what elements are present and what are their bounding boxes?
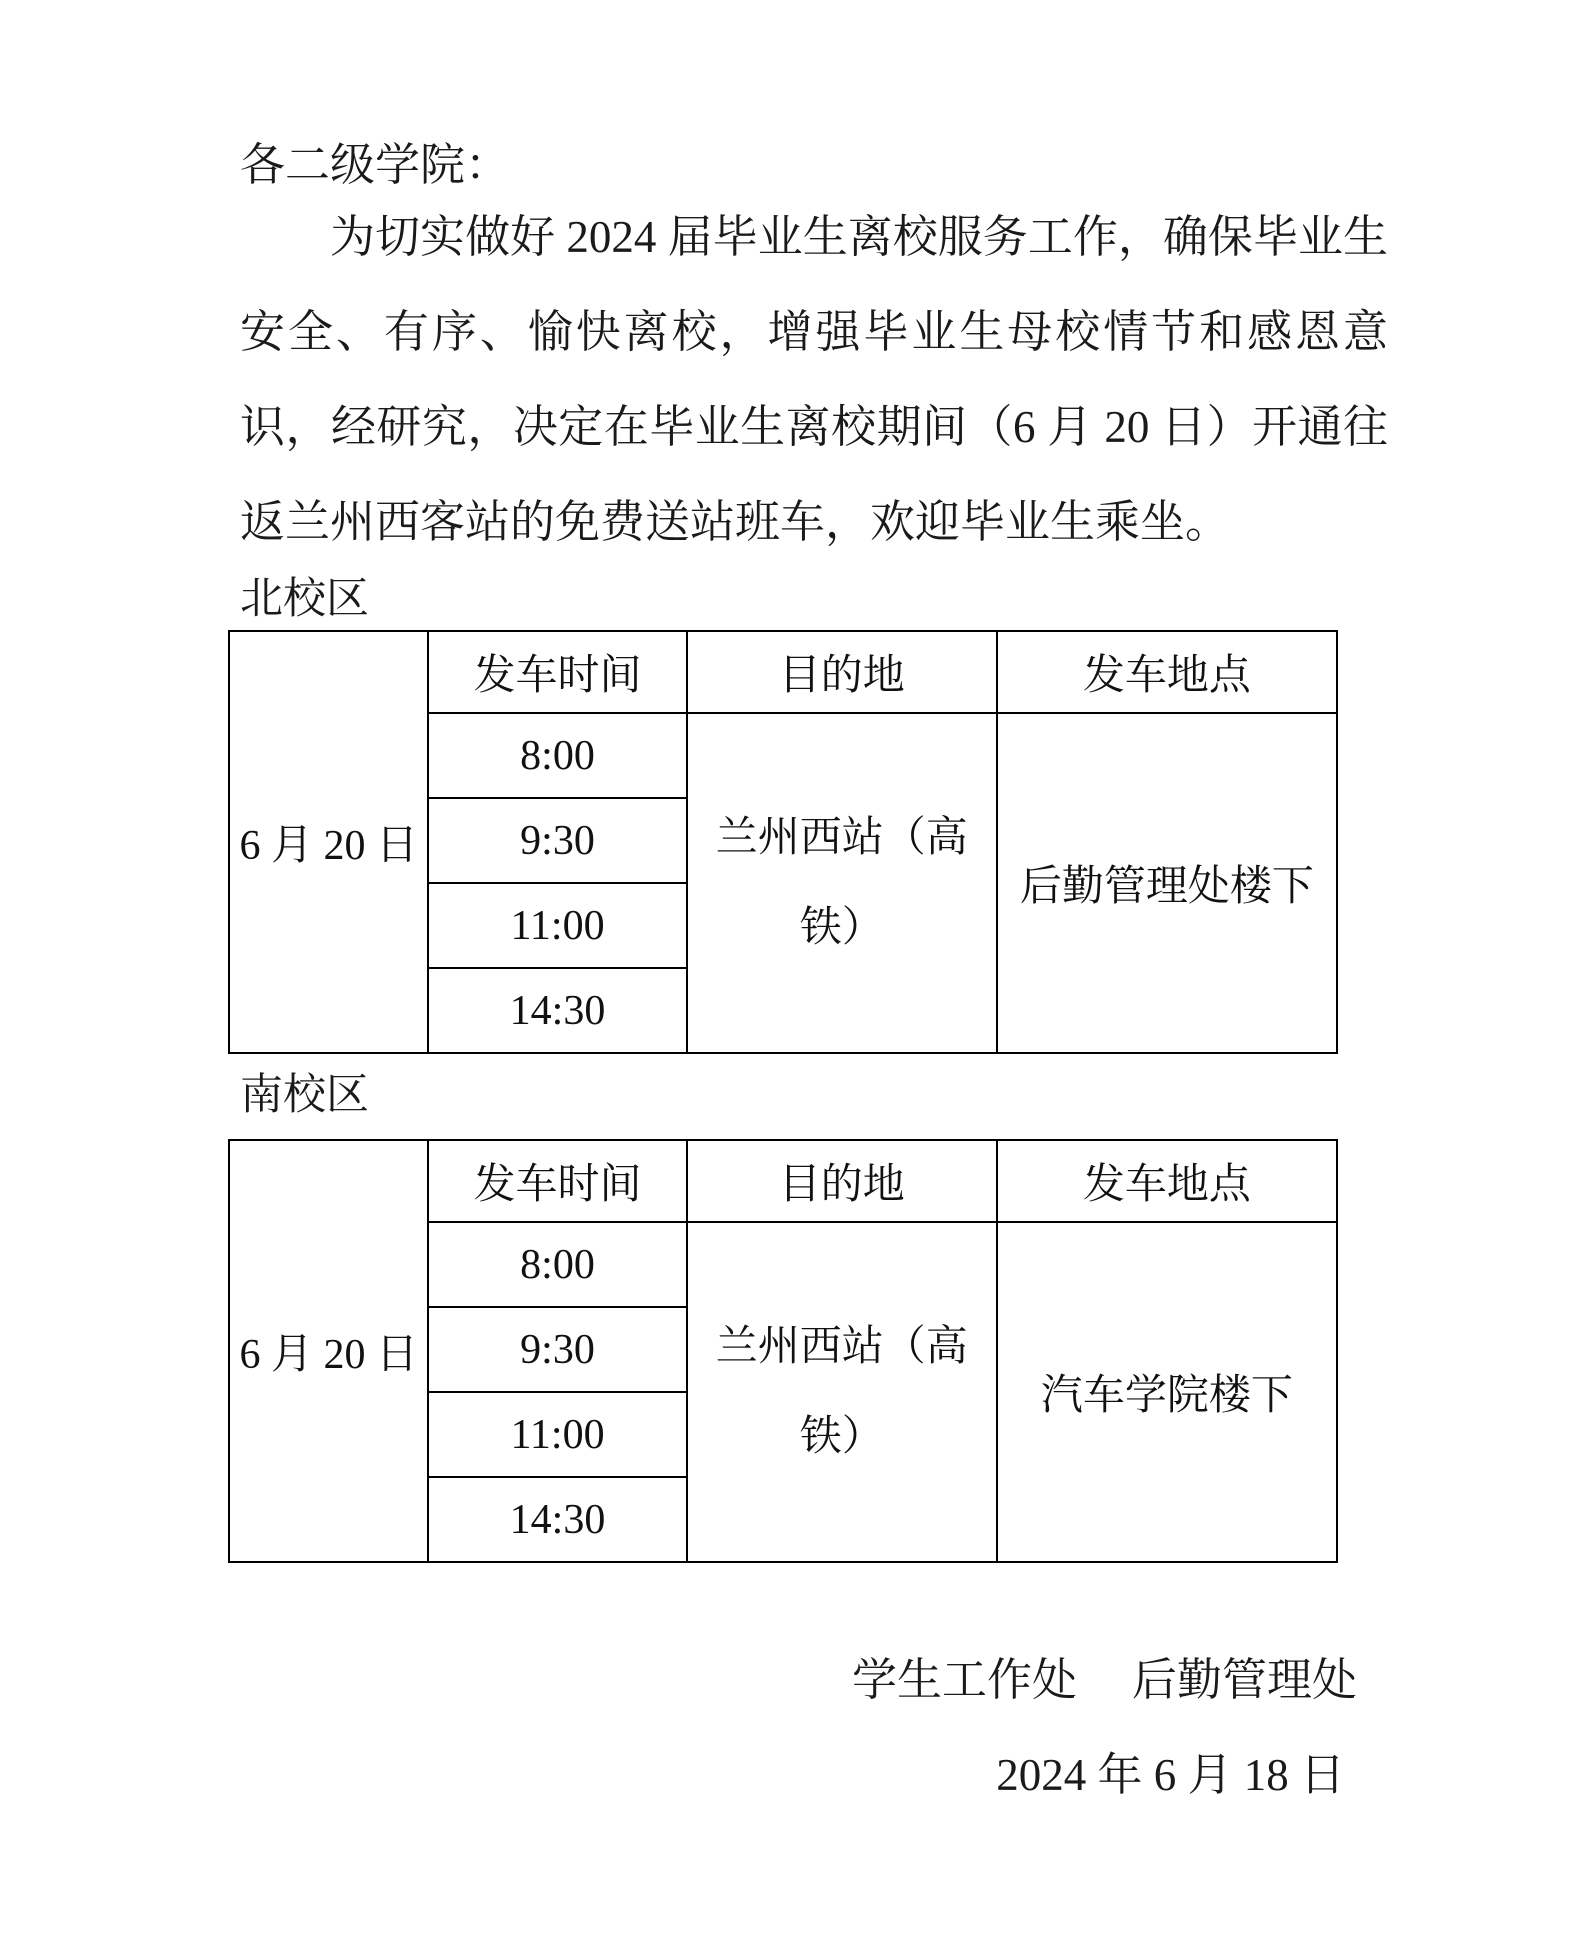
location-cell: 后勤管理处楼下 xyxy=(997,713,1337,1053)
header-departure-time: 发车时间 xyxy=(428,1140,686,1222)
time-cell: 14:30 xyxy=(428,1477,686,1562)
header-departure-location: 发车地点 xyxy=(997,631,1337,713)
body-paragraph: 为切实做好 2024 届毕业生离校服务工作，确保毕业生安全、有序、愉快离校，增强… xyxy=(228,190,1388,570)
time-cell: 9:30 xyxy=(428,798,686,883)
salutation: 各二级学院： xyxy=(228,140,1390,190)
signature-date: 2024 年 6 月 18 日 xyxy=(228,1728,1390,1823)
signature-dept-student-affairs: 学生工作处 xyxy=(852,1655,1077,1705)
date-cell: 6 月 20 日 xyxy=(229,1140,428,1562)
signature-departments: 学生工作处后勤管理处 xyxy=(228,1633,1390,1728)
header-destination: 目的地 xyxy=(687,1140,997,1222)
location-cell: 汽车学院楼下 xyxy=(997,1222,1337,1562)
section-title-south-campus: 南校区 xyxy=(228,1066,1390,1126)
date-cell: 6 月 20 日 xyxy=(229,631,428,1053)
header-departure-location: 发车地点 xyxy=(997,1140,1337,1222)
destination-cell: 兰州西站（高铁） xyxy=(687,713,997,1053)
signature-dept-logistics: 后勤管理处 xyxy=(1132,1655,1357,1705)
time-cell: 11:00 xyxy=(428,883,686,968)
notice-document-page: 各二级学院： 为切实做好 2024 届毕业生离校服务工作，确保毕业生安全、有序、… xyxy=(0,0,1587,1937)
table-header-row: 6 月 20 日 发车时间 目的地 发车地点 xyxy=(229,1140,1337,1222)
section-title-north-campus: 北校区 xyxy=(228,570,1390,630)
north-campus-schedule-table: 6 月 20 日 发车时间 目的地 发车地点 8:00 兰州西站（高铁） 后勤管… xyxy=(228,630,1338,1054)
time-cell: 14:30 xyxy=(428,968,686,1053)
header-departure-time: 发车时间 xyxy=(428,631,686,713)
header-destination: 目的地 xyxy=(687,631,997,713)
south-campus-schedule-table: 6 月 20 日 发车时间 目的地 发车地点 8:00 兰州西站（高铁） 汽车学… xyxy=(228,1139,1338,1563)
time-cell: 9:30 xyxy=(428,1307,686,1392)
time-cell: 11:00 xyxy=(428,1392,686,1477)
document-content: 各二级学院： 为切实做好 2024 届毕业生离校服务工作，确保毕业生安全、有序、… xyxy=(228,0,1390,1823)
table-header-row: 6 月 20 日 发车时间 目的地 发车地点 xyxy=(229,631,1337,713)
destination-cell: 兰州西站（高铁） xyxy=(687,1222,997,1562)
time-cell: 8:00 xyxy=(428,1222,686,1307)
time-cell: 8:00 xyxy=(428,713,686,798)
